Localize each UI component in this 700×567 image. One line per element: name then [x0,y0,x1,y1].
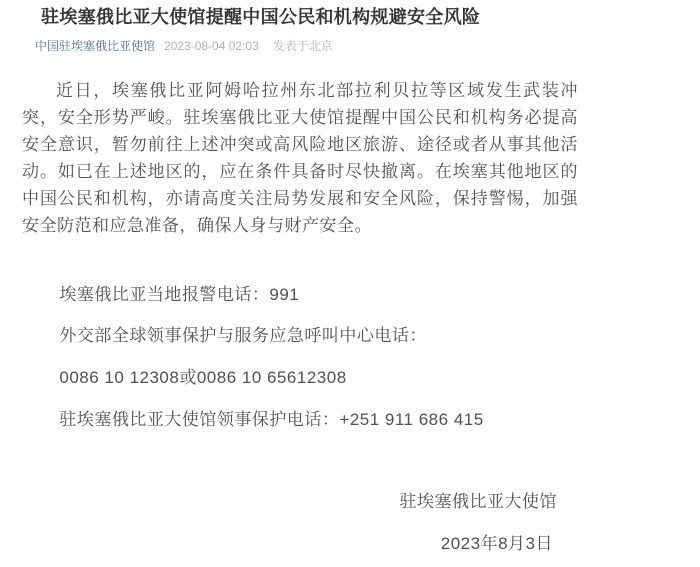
publish-time: 2023-08-04 02:03 [164,39,259,53]
mfa-hotline-numbers-line: 0086 10 12308或0086 10 65612308 [22,364,578,391]
article-page: 驻埃塞俄比亚大使馆提醒中国公民和机构规避安全风险 中国驻埃塞俄比亚使馆2023-… [0,0,700,567]
signature-name: 驻埃塞俄比亚大使馆 [22,488,578,515]
article-title: 驻埃塞俄比亚大使馆提醒中国公民和机构规避安全风险 [41,5,480,29]
signature-date: 2023年8月3日 [22,530,578,557]
account-name-link[interactable]: 中国驻埃塞俄比亚使馆 [35,39,155,53]
notice-body-paragraph: 近日，埃塞俄比亚阿姆哈拉州东北部拉利贝拉等区域发生武装冲突，安全形势严峻。驻埃塞… [22,77,578,239]
article-meta: 中国驻埃塞俄比亚使馆2023-08-04 02:03发表于北京 [35,38,333,54]
mfa-hotline-label-line: 外交部全球领事保护与服务应急呼叫中心电话： [22,322,578,349]
local-police-phone-line: 埃塞俄比亚当地报警电话：991 [22,281,578,308]
embassy-protection-phone-line: 驻埃塞俄比亚大使馆领事保护电话：+251 911 686 415 [22,406,578,433]
publish-location: 发表于北京 [273,39,333,53]
